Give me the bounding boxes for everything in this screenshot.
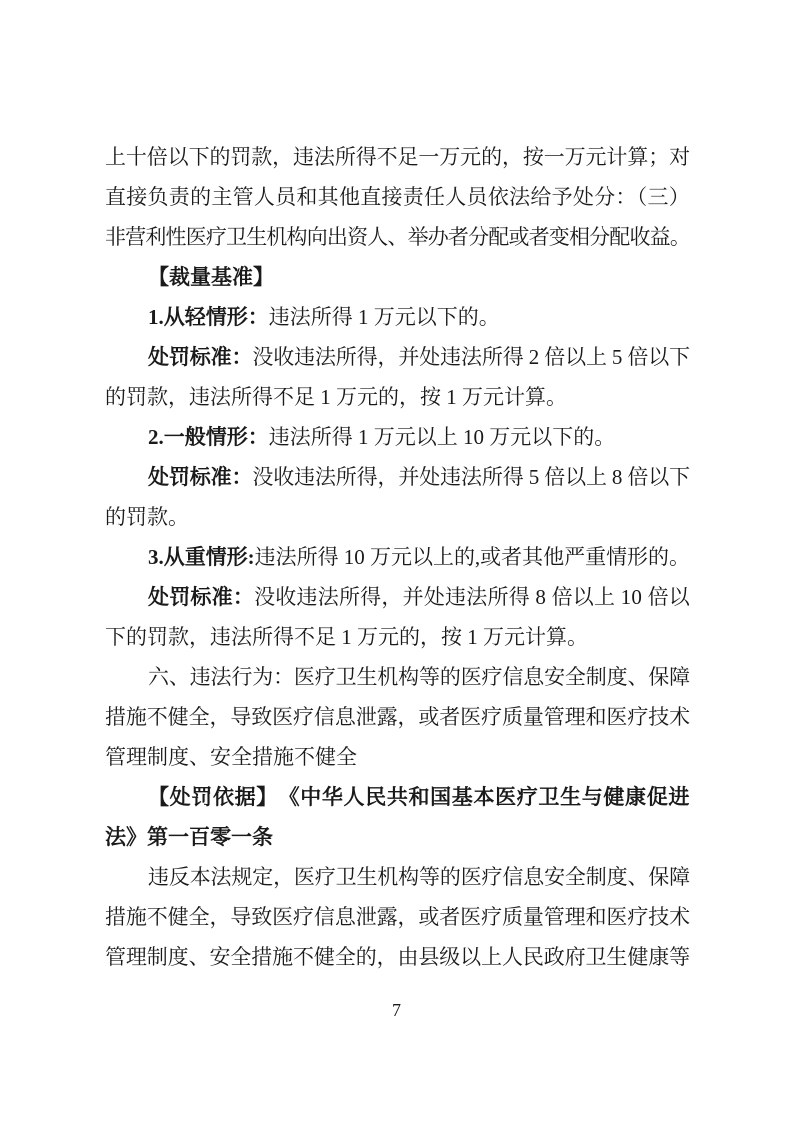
text-segment: 管理制度、安全措施不健全 (105, 745, 357, 769)
text-line: 法》第一百零一条 (105, 817, 690, 857)
text-line: 下的罚款，违法所得不足 1 万元的，按 1 万元计算。 (105, 617, 690, 657)
text-segment: 直接负责的主管人员和其他直接责任人员依法给予处分：（三） (105, 185, 690, 209)
text-line: 3.从重情形:违法所得 10 万元以上的,或者其他严重情形的。 (105, 537, 690, 577)
text-line: 的罚款，违法所得不足 1 万元的，按 1 万元计算。 (105, 377, 690, 417)
page-footer: 7 (0, 999, 793, 1021)
text-segment: 下的罚款，违法所得不足 1 万元的，按 1 万元计算。 (105, 625, 588, 649)
text-line: 【处罚依据】 《中华人民共和国基本医疗卫生与健康促进 (105, 777, 690, 817)
text-segment: 措施不健全，导致医疗信息泄露，或者医疗质量管理和医疗技术 (105, 905, 690, 929)
text-line: 上十倍以下的罚款，违法所得不足一万元的，按一万元计算；对 (105, 137, 690, 177)
text-segment: 管理制度、安全措施不健全的，由县级以上人民政府卫生健康等 (105, 945, 690, 969)
text-segment: 上十倍以下的罚款，违法所得不足一万元的，按一万元计算；对 (105, 145, 690, 169)
text-segment: 措施不健全，导致医疗信息泄露，或者医疗质量管理和医疗技术 (105, 705, 690, 729)
bold-text-segment: 处罚标准： (148, 465, 252, 489)
text-segment: 违反本法规定，医疗卫生机构等的医疗信息安全制度、保障 (148, 865, 690, 889)
text-line: 处罚标准：没收违法所得，并处违法所得 2 倍以上 5 倍以下 (105, 337, 690, 377)
text-segment: 违法所得 10 万元以上的,或者其他严重情形的。 (255, 545, 690, 569)
text-segment: 六、违法行为：医疗卫生机构等的医疗信息安全制度、保障 (148, 665, 690, 689)
text-segment: 的罚款，违法所得不足 1 万元的，按 1 万元计算。 (105, 385, 567, 409)
bold-text-segment: 1.从轻情形： (148, 305, 269, 329)
text-line: 管理制度、安全措施不健全的，由县级以上人民政府卫生健康等 (105, 937, 690, 977)
text-line: 管理制度、安全措施不健全 (105, 737, 690, 777)
bold-text-segment: 【裁量基准】 (148, 265, 274, 289)
text-line: 1.从轻情形：违法所得 1 万元以下的。 (105, 297, 690, 337)
text-segment: 违法所得 1 万元以下的。 (269, 305, 500, 329)
text-segment: 违法所得 1 万元以上 10 万元以下的。 (269, 425, 616, 449)
text-line: 违反本法规定，医疗卫生机构等的医疗信息安全制度、保障 (105, 857, 690, 897)
text-segment: 没收违法所得，并处违法所得 2 倍以上 5 倍以下 (252, 345, 690, 369)
text-line: 措施不健全，导致医疗信息泄露，或者医疗质量管理和医疗技术 (105, 897, 690, 937)
bold-text-segment: 2.一般情形： (148, 425, 269, 449)
text-line: 2.一般情形：违法所得 1 万元以上 10 万元以下的。 (105, 417, 690, 457)
text-line: 非营利性医疗卫生机构向出资人、举办者分配或者变相分配收益。 (105, 217, 690, 257)
bold-text-segment: 【处罚依据】 《中华人民共和国基本医疗卫生与健康促进 (148, 785, 690, 809)
text-line: 处罚标准：没收违法所得，并处违法所得 5 倍以上 8 倍以下 (105, 457, 690, 497)
text-line: 处罚标准：没收违法所得，并处违法所得 8 倍以上 10 倍以 (105, 577, 690, 617)
text-line: 的罚款。 (105, 497, 690, 537)
bold-text-segment: 处罚标准： (148, 345, 252, 369)
text-line: 六、违法行为：医疗卫生机构等的医疗信息安全制度、保障 (105, 657, 690, 697)
text-segment: 非营利性医疗卫生机构向出资人、举办者分配或者变相分配收益。 (105, 225, 690, 249)
text-line: 直接负责的主管人员和其他直接责任人员依法给予处分：（三） (105, 177, 690, 217)
document-page: 上十倍以下的罚款，违法所得不足一万元的，按一万元计算；对直接负责的主管人员和其他… (0, 0, 793, 1122)
document-body: 上十倍以下的罚款，违法所得不足一万元的，按一万元计算；对直接负责的主管人员和其他… (105, 137, 690, 977)
bold-text-segment: 3.从重情形: (148, 545, 255, 569)
text-segment: 没收违法所得，并处违法所得 8 倍以上 10 倍以 (254, 585, 690, 609)
text-segment: 的罚款。 (105, 505, 189, 529)
page-number: 7 (392, 1000, 401, 1020)
text-line: 【裁量基准】 (105, 257, 690, 297)
bold-text-segment: 处罚标准： (148, 585, 254, 609)
text-line: 措施不健全，导致医疗信息泄露，或者医疗质量管理和医疗技术 (105, 697, 690, 737)
text-segment: 没收违法所得，并处违法所得 5 倍以上 8 倍以下 (252, 465, 690, 489)
bold-text-segment: 法》第一百零一条 (105, 825, 273, 849)
